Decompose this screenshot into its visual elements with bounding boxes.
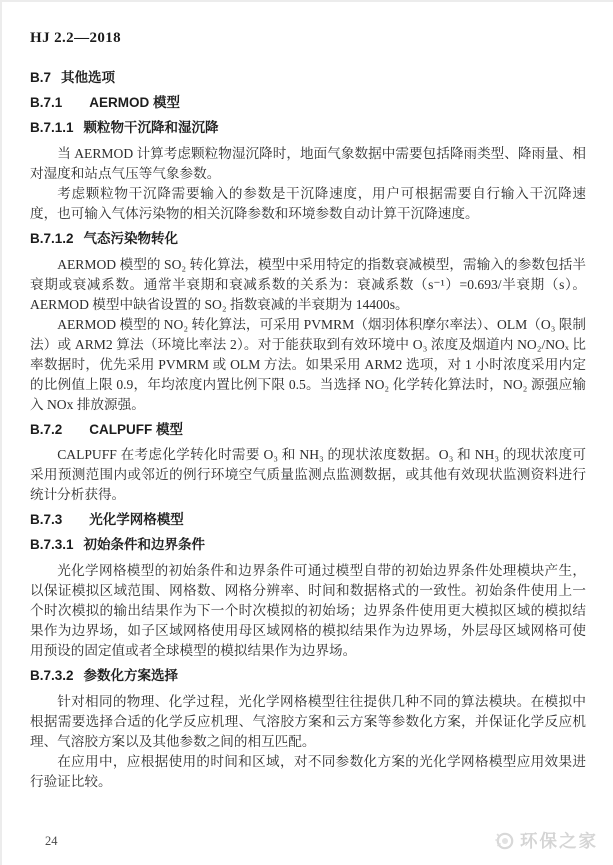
section-heading-b732: B.7.3.2参数化方案选择 <box>30 666 586 686</box>
section-heading-b712: B.7.1.2气态污染物转化 <box>30 229 586 249</box>
section-title: 参数化方案选择 <box>84 668 179 683</box>
section-title: 初始条件和边界条件 <box>84 537 206 552</box>
section-heading-b73: B.7.3光化学网格模型 <box>30 510 586 530</box>
section-heading-b71: B.7.1AERMOD 模型 <box>30 93 586 113</box>
paragraph: 当 AERMOD 计算考虑颗粒物湿沉降时，地面气象数据中需要包括降雨类型、降雨量… <box>30 144 586 184</box>
section-heading-b711: B.7.1.1颗粒物干沉降和湿沉降 <box>30 118 586 138</box>
page-number: 24 <box>45 834 58 849</box>
section-title: 气态污染物转化 <box>84 231 179 246</box>
section-number: B.7.1.2 <box>30 231 74 246</box>
section-heading-b731: B.7.3.1初始条件和边界条件 <box>30 535 586 555</box>
section-heading-b7: B.7其他选项 <box>30 68 586 88</box>
section-title: 颗粒物干沉降和湿沉降 <box>84 120 219 135</box>
paragraph: 光化学网格模型的初始条件和边界条件可通过模型自带的初始边界条件处理模块产生，以保… <box>30 561 586 661</box>
section-number: B.7 <box>30 70 51 85</box>
section-number: B.7.1.1 <box>30 120 74 135</box>
paragraph: AERMOD 模型的 NO₂ 转化算法，可采用 PVMRM（烟羽体积摩尔率法）、… <box>30 315 586 415</box>
watermark-text: 环保之家 <box>520 828 598 853</box>
standard-number-header: HJ 2.2—2018 <box>30 30 586 47</box>
section-title: CALPUFF 模型 <box>89 422 183 437</box>
paragraph: CALPUFF 在考虑化学转化时需要 O₃ 和 NH₃ 的现状浓度数据。O₃ 和… <box>30 445 586 505</box>
section-number: B.7.1 <box>30 95 62 110</box>
eco-home-logo-icon <box>494 830 515 851</box>
paragraph: 考虑颗粒物干沉降需要输入的参数是干沉降速度，用户可根据需要自行输入干沉降速度，也… <box>30 184 586 224</box>
page-content-area: HJ 2.2—2018 B.7其他选项 B.7.1AERMOD 模型 B.7.1… <box>30 30 586 792</box>
document-page: HJ 2.2—2018 B.7其他选项 B.7.1AERMOD 模型 B.7.1… <box>0 0 613 865</box>
section-title: 其他选项 <box>61 70 115 85</box>
section-number: B.7.3.1 <box>30 537 74 552</box>
section-number: B.7.3.2 <box>30 668 74 683</box>
paragraph: AERMOD 模型的 SO₂ 转化算法，模型中采用特定的指数衰减模型，需输入的参… <box>30 255 586 315</box>
document-body: B.7其他选项 B.7.1AERMOD 模型 B.7.1.1颗粒物干沉降和湿沉降… <box>30 68 586 792</box>
section-title: AERMOD 模型 <box>89 95 180 110</box>
watermark: 环保之家 <box>494 828 598 853</box>
section-heading-b72: B.7.2CALPUFF 模型 <box>30 420 586 440</box>
section-number: B.7.3 <box>30 512 62 527</box>
section-title: 光化学网格模型 <box>89 512 184 527</box>
section-number: B.7.2 <box>30 422 62 437</box>
paragraph: 在应用中，应根据使用的时间和区域，对不同参数化方案的光化学网格模型应用效果进行验… <box>30 752 586 792</box>
paragraph: 针对相同的物理、化学过程，光化学网格模型往往提供几种不同的算法模块。在模拟中根据… <box>30 692 586 752</box>
